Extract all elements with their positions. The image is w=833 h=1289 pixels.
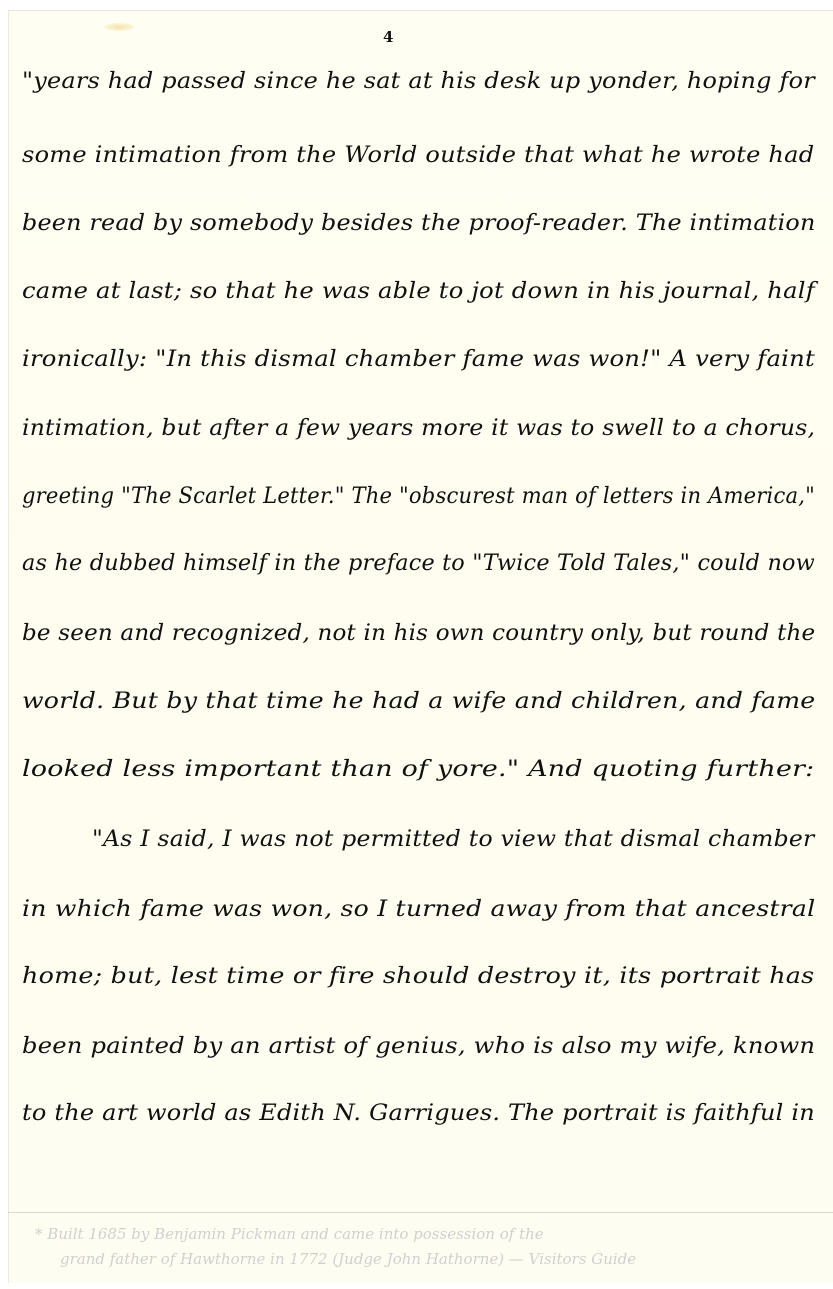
manuscript-line: world. But by that time he had a wife an… [22,688,815,714]
manuscript-line: came at last; so that he was able to jot… [22,278,815,304]
manuscript-line: "As I said, I was not permitted to view … [92,826,814,852]
manuscript-line: be seen and recognized, not in his own c… [22,620,815,646]
scanned-page-background: 4 "years had passed since he sat at his … [0,0,833,1289]
manuscript-line: in which fame was won, so I turned away … [22,896,815,922]
footnote-divider [8,1212,833,1213]
manuscript-line: greeting "The Scarlet Letter." The "obsc… [22,483,815,509]
manuscript-line: ironically: "In this dismal chamber fame… [22,346,815,372]
manuscript-paper [8,10,833,1283]
page-number: 4 [383,28,393,46]
manuscript-line: been painted by an artist of genius, who… [22,1033,815,1059]
manuscript-line: home; but, lest time or fire should dest… [22,963,814,989]
bleed-through-footnote-line: * Built 1685 by Benjamin Pickman and cam… [35,1225,544,1243]
manuscript-line: some intimation from the World outside t… [22,142,814,168]
manuscript-line: intimation, but after a few years more i… [22,415,815,441]
manuscript-line: as he dubbed himself in the preface to "… [22,550,815,576]
manuscript-line: been read by somebody besides the proof-… [22,210,816,236]
manuscript-line: to the art world as Edith N. Garrigues. … [22,1100,815,1126]
manuscript-line: "years had passed since he sat at his de… [22,68,815,94]
bleed-through-footnote-line: grand father of Hawthorne in 1772 (Judge… [60,1250,636,1268]
manuscript-line: looked less important than of yore." And… [22,756,814,782]
paper-stain [104,23,134,31]
